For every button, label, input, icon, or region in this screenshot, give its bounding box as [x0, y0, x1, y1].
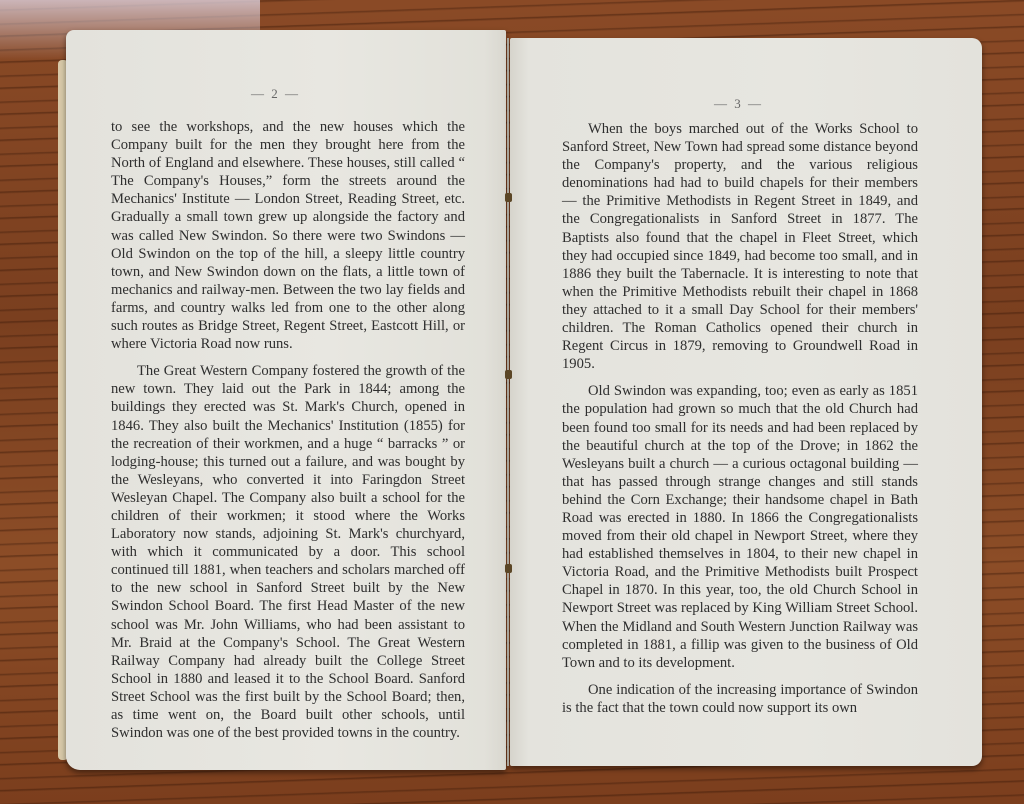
paragraph: to see the workshops, and the new houses…: [111, 118, 465, 353]
right-page: — 3 — When the boys marched out of the W…: [510, 38, 982, 766]
staple-hole: [505, 193, 512, 202]
text-column: to see the workshops, and the new houses…: [111, 118, 465, 751]
paragraph: One indication of the increasing importa…: [562, 681, 918, 717]
page-number: — 2 —: [251, 86, 300, 102]
paragraph: Old Swindon was expanding, too; even as …: [562, 382, 918, 672]
paragraph: The Great Western Company fostered the g…: [111, 362, 465, 742]
book-spine: [507, 38, 509, 766]
paragraph: When the boys marched out of the Works S…: [562, 120, 918, 373]
page-number: — 3 —: [714, 96, 763, 112]
left-page: — 2 — to see the workshops, and the new …: [66, 30, 506, 770]
staple: [505, 370, 512, 379]
text-column: When the boys marched out of the Works S…: [562, 120, 918, 726]
staple: [505, 564, 512, 573]
